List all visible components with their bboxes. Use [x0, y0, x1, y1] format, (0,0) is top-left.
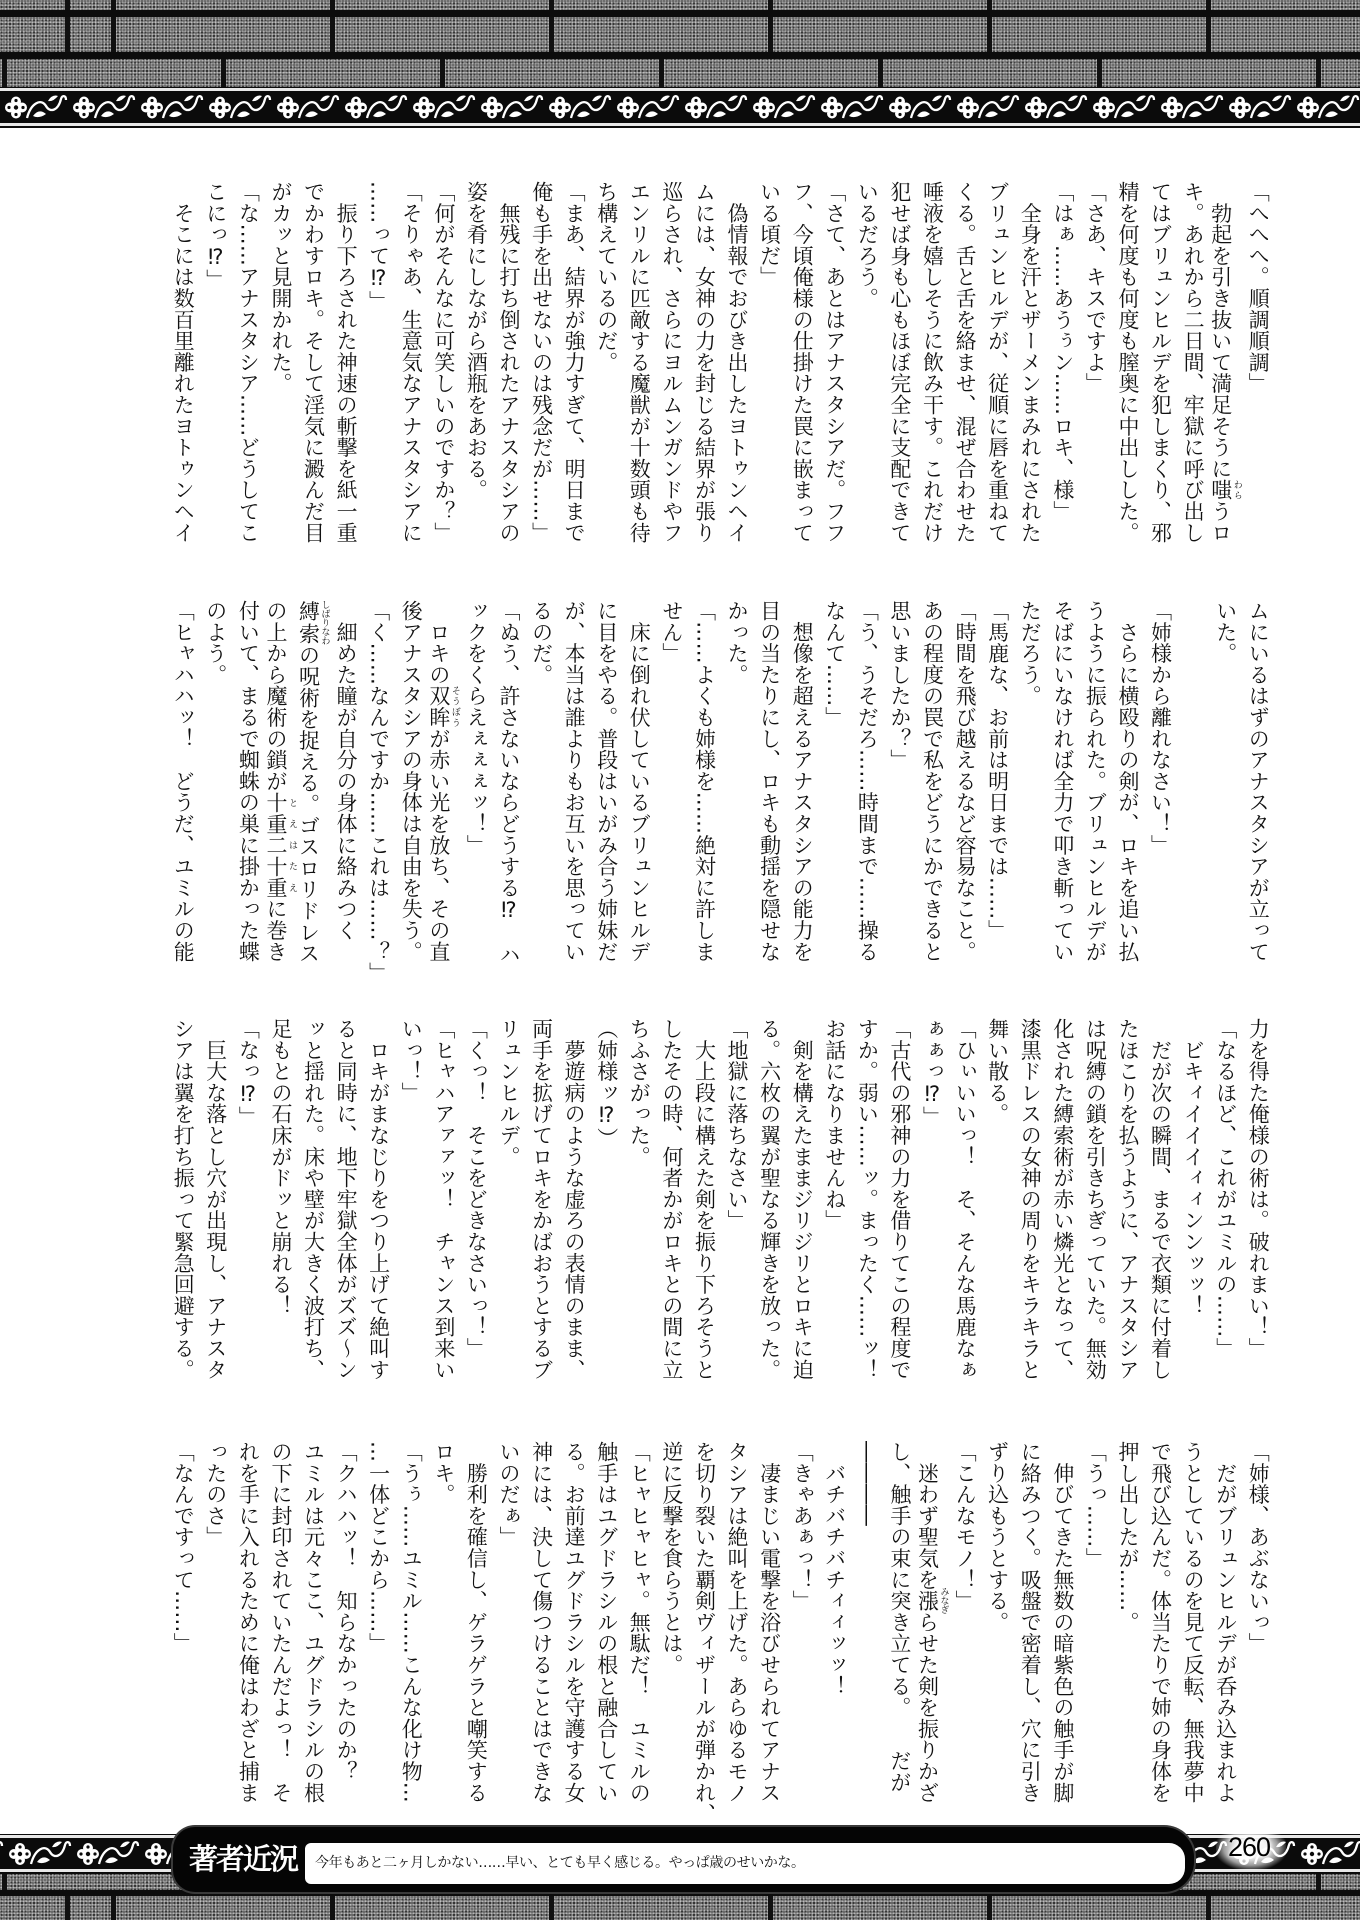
ruby-reading: みなぎ [939, 1587, 949, 1614]
text-column: 足もとの石床がドッと崩れる！ [264, 1018, 297, 1390]
text-column: 唾液を嬉しそうに飲み干す。これだけ [916, 181, 949, 553]
text-column: 巨大な落とし穴が出現し、アナスタ [199, 1018, 232, 1390]
text-column: いっ！」 [395, 1018, 428, 1390]
text-column: 凄まじい電撃を浴びせられてアナス [753, 1441, 786, 1813]
text-column: 「古代の邪神の力を借りてこの程度で [883, 1018, 916, 1390]
text-column: ちふさがった。 [623, 1018, 656, 1390]
text-column: 勃起を引き抜いて満足そうに嗤わらうロ [1209, 181, 1242, 553]
text-column: リュンヒルデ。 [492, 1018, 525, 1390]
text-column: いのだぁ」 [492, 1441, 525, 1813]
text-column: 「ヒャハアァァッ！ チャンス到来い [427, 1018, 460, 1390]
text-column: 「うっ……」 [1079, 1441, 1112, 1813]
mortar-line [0, 10, 1360, 17]
text-column: 目の当たりにし、ロキも動揺を隠せな [753, 600, 786, 972]
text-column: 「くっ！ そこをどきなさいっ！」 [460, 1018, 493, 1390]
text-column: 「へへへ。順調順調」 [1242, 181, 1275, 553]
text-column: に絡みつく。吸盤で密着し、穴に引き [1014, 1441, 1047, 1813]
text-column: くる。舌と舌を絡ませ、混ぜ合わせた [949, 181, 982, 553]
text-column: いる頃だ」 [753, 181, 786, 553]
text-column: うように振られた。ブリュンヒルデが [1079, 600, 1112, 972]
author-note-panel: 今年もあと二ヶ月しかない……早い、とても早く感じる。やっぱ歳のせいかな。 [305, 1843, 1185, 1884]
ruby-reading: しばりなわ [320, 600, 330, 645]
text-column: 「ヒャヒャヒャ。無駄だ！ ユミルの [623, 1441, 656, 1813]
text-tier-2: ムにいるはずのアナスタシアが立っていた。「姉様から離れなさい！」 さらに横殴りの… [167, 600, 1275, 972]
text-column: 両手を拡げてロキをかばおうとするブ [525, 1018, 558, 1390]
text-column: 無残に打ち倒されたアナスタシアの [492, 181, 525, 553]
text-column: 逆に反撃を食らうとは。 [655, 1441, 688, 1813]
text-column [1177, 600, 1210, 972]
text-column: で飛び込んだ。体当たりで姉の身体を [1144, 1441, 1177, 1813]
page-number: 260 [1228, 1832, 1270, 1862]
text-column: ただろう。 [1014, 600, 1047, 972]
text-column: こにっ⁉」 [199, 181, 232, 553]
text-column: 力を得た俺様の術は。破れまい！」 [1242, 1018, 1275, 1390]
ruby-base: 嗤 [1209, 479, 1233, 500]
brick-row [0, 1896, 1360, 1920]
text-column: ビキィイイイィィンンッッ！ [1177, 1018, 1210, 1390]
text-column: さらに横殴りの剣が、ロキを追い払 [1111, 600, 1144, 972]
ruby-annotated-word: 双眸そうぼう [427, 685, 451, 728]
text-column: ち構えているのだ。 [590, 181, 623, 553]
text-column: ロキがまなじりをつり上げて絶叫す [362, 1018, 395, 1390]
text-column: たほこりを払うように、アナスタシア [1111, 1018, 1144, 1390]
text-column: 「く……なんですか……これは……？」 [362, 600, 395, 972]
text-tier-4: 「姉様、あぶないっ」 だがブリュンヒルデが呑み込まれようとしているのを見て反転、… [167, 1441, 1275, 1813]
text-column: てはブリュンヒルデを犯しまくり、邪 [1144, 181, 1177, 553]
text-column: エンリルに匹敵する魔獣が十数頭も待 [623, 181, 656, 553]
text-column: る。六枚の翼が聖なる輝きを放った。 [753, 1018, 786, 1390]
text-column: 迷わず聖気を漲みなぎらせた剣を振りかざ [916, 1441, 949, 1813]
text-column: ッと揺れた。床や壁が大きく波打ち、 [297, 1018, 330, 1390]
text-segment: ロキの [427, 600, 451, 685]
text-column: せん」 [655, 600, 688, 972]
text-column: 勝利を確信し、ゲラゲラと嘲笑する [460, 1441, 493, 1813]
text-column: だがブリュンヒルデが呑み込まれよ [1209, 1441, 1242, 1813]
text-column: 「な……アナスタシア……どうしてこ [232, 181, 265, 553]
text-column: 偽情報でおびき出したヨトゥンヘイ [720, 181, 753, 553]
text-column: お話になりませんね」 [818, 1018, 851, 1390]
text-column: がカッと見開かれた。 [264, 181, 297, 553]
text-column: フ、今頃俺様の仕掛けた罠に嵌まって [786, 181, 819, 553]
text-segment: の呪術を捉える。ゴスロリドレス [297, 644, 321, 964]
text-column: 夢遊病のような虚ろの表情のまま、 [558, 1018, 591, 1390]
text-column: 「さて、あとはアナスタシアだ。フフ [818, 181, 851, 553]
text-column: 大上段に構えた剣を振り下ろそうと [688, 1018, 721, 1390]
text-column: 「なっ⁉」 [232, 1018, 265, 1390]
text-column: タシアは絶叫を上げた。あらゆるモノ [720, 1441, 753, 1813]
text-column: に目をやる。普段はいがみ合う姉妹だ [590, 600, 623, 972]
ruby-annotated-word: 嗤わら [1209, 479, 1233, 500]
text-segment: が赤い光を放ち、その直 [427, 728, 451, 962]
text-column: 「なんですって……」 [167, 1441, 200, 1813]
text-column: バチバチバチィィッッ！ [818, 1441, 851, 1813]
text-column: 触手はユグドラシルの根と融合してい [590, 1441, 623, 1813]
text-column: 振り下ろされた神速の斬撃を紙一重 [330, 181, 363, 553]
book-page: 「へへへ。順調順調」 勃起を引き抜いて満足そうに嗤わらうロキ。あれから二日間、牢… [0, 0, 1360, 1920]
text-column: 巡らされ、さらにヨルムンガンドやフ [655, 181, 688, 553]
text-column: ムには、女神の力を封じる結界が張り [688, 181, 721, 553]
brick-row [0, 59, 1360, 87]
text-column: ……って⁉」 [362, 181, 395, 553]
text-column: る。お前達ユグドラシルを守護する女 [558, 1441, 591, 1813]
text-column: 「……よくも姉様を……絶対に許しま [688, 600, 721, 972]
ornamental-border-top [0, 87, 1360, 128]
text-tier-3: 力を得た俺様の術は。破れまい！」「なるほど、これがユミルの……」 ビキィイイイィ… [167, 1018, 1275, 1390]
ruby-annotated-word: 漲みなぎ [916, 1590, 940, 1611]
text-segment: うロ [1209, 501, 1233, 544]
text-column: あの程度の罠で私をどうにかできると [916, 600, 949, 972]
text-column: 「こんなモノ！」 [949, 1441, 982, 1813]
text-column: 神には、決して傷つけることはできな [525, 1441, 558, 1813]
text-column: 床に倒れ伏しているブリュンヒルデ [623, 600, 656, 972]
text-column: ると同時に、地下牢獄全体がズズ～ン [330, 1018, 363, 1390]
text-column: 「まあ、結界が強力すぎて、明日まで [558, 181, 591, 553]
text-column: のよう。 [199, 600, 232, 972]
text-column: 細めた瞳が自分の身体に絡みつく [330, 600, 363, 972]
text-column: ムにいるはずのアナスタシアが立って [1242, 600, 1275, 972]
text-column: 舞い散る。 [981, 1018, 1014, 1390]
ruby-base: 双眸 [427, 685, 451, 728]
text-column: 「なるほど、これがユミルの……」 [1209, 1018, 1242, 1390]
text-column: （姉様ッ⁉） [590, 1018, 623, 1390]
text-column: 精を何度も何度も膣奥に中出しした。 [1111, 181, 1144, 553]
ruby-base: 十重二十重 [264, 792, 288, 899]
text-column: すか。弱い……ッ。まったく……ッ！ [851, 1018, 884, 1390]
text-column: ックをくらえぇぇぇッ！」 [460, 600, 493, 972]
text-tier-1: 「へへへ。順調順調」 勃起を引き抜いて満足そうに嗤わらうロキ。あれから二日間、牢… [167, 181, 1275, 553]
text-column: 想像を超えるアナスタシアの能力を [786, 600, 819, 972]
text-column: 「姉様から離れなさい！」 [1144, 600, 1177, 972]
text-column: だが次の瞬間、まるで衣類に付着し [1144, 1018, 1177, 1390]
text-column: ロキの双眸そうぼうが赤い光を放ち、その直 [427, 600, 460, 972]
mortar-line [0, 52, 1360, 59]
text-column: れを手に入れるために俺はわざと捕ま [232, 1441, 265, 1813]
text-column: ユミルは元々ここ、ユグドラシルの根 [297, 1441, 330, 1813]
text-column: ぁぁっ⁉」 [916, 1018, 949, 1390]
text-column: したその時、何者かがロキとの間に立 [655, 1018, 688, 1390]
text-column: 「ヒャハハッ！ どうだ、ユミルの能 [167, 600, 200, 972]
text-column: ったのさ」 [199, 1441, 232, 1813]
text-column: を切り裂いた覇剣ヴィザールが弾かれ、 [688, 1441, 721, 1813]
text-column: そばにいなければ全力で叩き斬ってい [1046, 600, 1079, 972]
text-column: 「馬鹿な、お前は明日までは……」 [981, 600, 1014, 972]
text-column: 「クハハッ！ 知らなかったのか？ [330, 1441, 363, 1813]
text-column: ずり込もうとする。 [981, 1441, 1014, 1813]
text-column: が、本当は誰よりもお互いを思ってい [558, 600, 591, 972]
text-column: 「う、うそだろ……時間まで……操る [851, 600, 884, 972]
text-column: 「姉様、あぶないっ」 [1242, 1441, 1275, 1813]
text-column: …一体どこから……」 [362, 1441, 395, 1813]
ruby-reading: そうぼう [450, 685, 460, 728]
text-column: なんて……」 [818, 600, 851, 972]
text-column: 「時間を飛び越えるなど容易なこと。 [949, 600, 982, 972]
text-column: うとしているのを見て反転、無我夢中 [1177, 1441, 1210, 1813]
text-column: 俺も手を出せないのは残念だが……」 [525, 181, 558, 553]
text-column: 全身を汗とザーメンまみれにされた [1014, 181, 1047, 553]
text-column: 「ぬう、許さないならどうする⁉ ハ [492, 600, 525, 972]
text-segment: 迷わず聖気を [916, 1441, 940, 1590]
ruby-annotated-word: 十重二十重とえはたえ [264, 792, 288, 899]
text-column: は呪縛の鎖を引きちぎっていた。無効 [1079, 1018, 1112, 1390]
author-note-box: 著者近況 今年もあと二ヶ月しかない……早い、とても早く感じる。やっぱ歳のせいかな… [173, 1827, 1194, 1892]
text-column: かった。 [720, 600, 753, 972]
author-note-text: 今年もあと二ヶ月しかない……早い、とても早く感じる。やっぱ歳のせいかな。 [315, 1843, 805, 1884]
text-column: 伸びてきた無数の暗紫色の触手が脚 [1046, 1441, 1079, 1813]
text-column: るのだ。 [525, 600, 558, 972]
text-column: ブリュンヒルデが、従順に唇を重ねて [981, 181, 1014, 553]
ruby-annotated-word: 縛索しばりなわ [297, 600, 321, 644]
text-segment: らせた剣を振りかざ [916, 1611, 940, 1803]
text-column: 「さあ、キスですよ」 [1079, 181, 1112, 553]
text-column: 「うぅ……ユミル……こんな化け物… [395, 1441, 428, 1813]
text-column: でかわすロキ。そして淫気に澱んだ目 [297, 181, 330, 553]
text-column: の下に封印されていたんだよっ！ そ [264, 1441, 297, 1813]
ruby-reading: わら [1232, 479, 1242, 500]
text-column: 化された縛索術が赤い燐光となって、 [1046, 1018, 1079, 1390]
text-column: ロキ。 [427, 1441, 460, 1813]
text-column: 犯せば身も心もほぼ完全に支配できて [883, 181, 916, 553]
text-column: 「きゃあぁっ！」 [786, 1441, 819, 1813]
text-column: いた。 [1209, 600, 1242, 972]
text-column: 「そりゃあ、生意気なアナスタシアに [395, 181, 428, 553]
author-note-label: 著者近況 [189, 1841, 297, 1877]
text-column: 「地獄に落ちなさい」 [720, 1018, 753, 1390]
text-column: 思いましたか？」 [883, 600, 916, 972]
text-segment: に巻き [264, 898, 288, 962]
text-column: 「はぁ……あうぅン……ロキ、様」 [1046, 181, 1079, 553]
text-column: 「何がそんなに可笑しいのですか？」 [427, 181, 460, 553]
text-column: 漆黒ドレスの女神の周りをキラキラと [1014, 1018, 1047, 1390]
text-column: そこには数百里離れたヨトゥンヘイ [167, 181, 200, 553]
ruby-base: 縛索 [297, 600, 321, 645]
text-column: シアは翼を打ち振って緊急回避する。 [167, 1018, 200, 1390]
text-column: 剣を構えたままジリジリとロキに迫 [786, 1018, 819, 1390]
text-segment: の上から魔術の鎖が [264, 600, 288, 792]
text-column: いるだろう。 [851, 181, 884, 553]
text-column: 姿を肴にしながら酒瓶をあおる。 [460, 181, 493, 553]
floral-ornament-icon [0, 87, 1360, 128]
brick-row [0, 0, 1360, 10]
text-column: ―――― [851, 1441, 884, 1813]
text-segment: 勃起を引き抜いて満足そうに [1209, 181, 1233, 479]
text-column: 「ひぃいいっ！ そ、そんな馬鹿なぁ [949, 1018, 982, 1390]
brick-row [0, 17, 1360, 52]
text-column: 縛索しばりなわの呪術を捉える。ゴスロリドレス [297, 600, 330, 972]
text-column: 押し出したが……。 [1111, 1441, 1144, 1813]
